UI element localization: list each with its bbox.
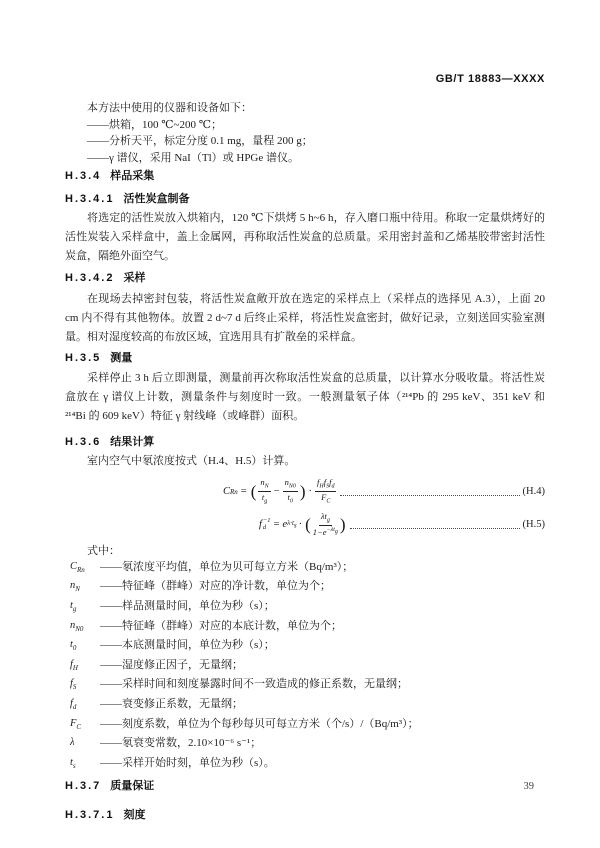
symbol: fS (70, 676, 100, 696)
definition-fh: fH ——湿度修正因子，无量纲； (65, 657, 545, 677)
definition-text: ——采样开始时刻，单位为秒（s）。 (100, 755, 545, 775)
symbol-definitions-list: CRn ——氡浓度平均值，单位为贝可每立方米（Bq/m³）； nN ——特征峰（… (65, 559, 545, 775)
definition-tg: tg ——样品测量时间，单位为秒（s）； (65, 598, 545, 618)
section-number: H.3.6 (65, 436, 101, 448)
definition-fc: FC ——刻度系数，单位为个每秒每贝可每立方米（个/s）/（Bq/m³）； (65, 716, 545, 736)
definition-text: ——样品测量时间，单位为秒（s）； (100, 598, 545, 618)
definition-text: ——特征峰（群峰）对应的本底计数，单位为个； (100, 618, 545, 638)
dotted-leader (340, 494, 519, 496)
definition-fs: fS ——采样时间和刻度暴露时间不一致造成的修正系数，无量纲； (65, 676, 545, 696)
equipment-item-balance: ——分析天平，标定分度 0.1 mg，量程 200 g； (65, 133, 545, 150)
formula-h5-number: (H.5) (523, 519, 545, 530)
symbol: nN0 (70, 618, 100, 638)
section-number: H.3.4.2 (65, 272, 114, 284)
definition-t0: t0 ——本底测量时间，单位为秒（s）； (65, 637, 545, 657)
definition-lambda: λ ——氡衰变常数，2.10×10⁻⁶ s⁻¹； (65, 735, 545, 755)
paragraph-measurement: 采样停止 3 h 后立即测量，测量前再次称取活性炭盒的总质量，以计算水分吸收量。… (65, 369, 545, 426)
section-title: 质量保证 (110, 780, 154, 792)
formula-h5-expression: f−1d=eλ·ts·(λtg1−e−λtg) (259, 512, 347, 538)
symbol: λ (70, 735, 100, 755)
definition-ts: ts ——采样开始时刻，单位为秒（s）。 (65, 755, 545, 775)
section-title: 样品采集 (110, 170, 154, 182)
definition-text: ——衰变修正系数，无量纲； (100, 696, 545, 716)
section-heading-h37: H.3.7质量保证 (65, 779, 545, 794)
section-title: 结果计算 (110, 436, 154, 448)
symbol: t0 (70, 637, 100, 657)
section-heading-h36: H.3.6结果计算 (65, 435, 545, 450)
section-heading-h34: H.3.4样品采集 (65, 169, 545, 184)
symbol: CRn (70, 559, 100, 579)
symbol: tg (70, 598, 100, 618)
equipment-list: ——烘箱，100 ℃~200 ℃； ——分析天平，标定分度 0.1 mg，量程 … (65, 117, 545, 167)
definition-text: ——刻度系数，单位为个每秒每贝可每立方米（个/s）/（Bq/m³）； (100, 716, 545, 736)
formula-h4: CRn=(nNtg−nN0t0)·fHfSfdFC (H.4) (65, 478, 545, 506)
symbol: ts (70, 755, 100, 775)
symbol: fH (70, 657, 100, 677)
standard-number-header: GB/T 18883—XXXX (65, 72, 545, 86)
definition-text: ——氡衰变常数，2.10×10⁻⁶ s⁻¹； (100, 735, 545, 755)
paragraph-calculation-intro: 室内空气中氡浓度按式（H.4、H.5）计算。 (65, 453, 545, 470)
formula-h4-number: (H.4) (523, 486, 545, 497)
definition-fd: fd ——衰变修正系数，无量纲； (65, 696, 545, 716)
paragraph-charcoal-box-prep: 将选定的活性炭放入烘箱内，120 ℃下烘烤 5 h~6 h，存入磨口瓶中待用。称… (65, 209, 545, 266)
document-page: GB/T 18883—XXXX 本方法中使用的仪器和设备如下： ——烘箱，100… (0, 0, 600, 848)
definition-nn0: nN0 ——特征峰（群峰）对应的本底计数，单位为个； (65, 618, 545, 638)
section-heading-h371: H.3.7.1刻度 (65, 808, 545, 823)
section-heading-h341: H.3.4.1活性炭盒制备 (65, 192, 545, 207)
definition-text: ——湿度修正因子，无量纲； (100, 657, 545, 677)
section-title: 测量 (110, 352, 132, 364)
definition-text: ——氡浓度平均值，单位为贝可每立方米（Bq/m³）； (100, 559, 545, 579)
dotted-leader (350, 527, 520, 529)
formula-h5: f−1d=eλ·ts·(λtg1−e−λtg) (H.5) (65, 512, 545, 538)
definition-text: ——特征峰（群峰）对应的净计数，单位为个； (100, 578, 545, 598)
definition-nn: nN ——特征峰（群峰）对应的净计数，单位为个； (65, 578, 545, 598)
section-heading-h35: H.3.5测量 (65, 351, 545, 366)
page-number: 39 (524, 781, 535, 792)
section-title: 刻度 (123, 809, 145, 821)
section-number: H.3.7 (65, 780, 101, 792)
equipment-item-oven: ——烘箱，100 ℃~200 ℃； (65, 117, 545, 134)
symbol: fd (70, 696, 100, 716)
symbol: nN (70, 578, 100, 598)
symbol: FC (70, 716, 100, 736)
equipment-item-spectrometer: ——γ 谱仪，采用 NaI（Tl）或 HPGe 谱仪。 (65, 150, 545, 167)
paragraph-sampling: 在现场去掉密封包装，将活性炭盒敞开放在选定的采样点上（采样点的选择见 A.3），… (65, 290, 545, 347)
section-number: H.3.4.1 (65, 193, 114, 205)
section-number: H.3.4 (65, 170, 101, 182)
section-title: 采样 (123, 272, 145, 284)
section-heading-h342: H.3.4.2采样 (65, 271, 545, 286)
definition-text: ——本底测量时间，单位为秒（s）； (100, 637, 545, 657)
where-label: 式中： (65, 543, 545, 559)
definition-text: ——采样时间和刻度暴露时间不一致造成的修正系数，无量纲； (100, 676, 545, 696)
section-number: H.3.5 (65, 352, 101, 364)
section-title: 活性炭盒制备 (123, 193, 189, 205)
definition-crn: CRn ——氡浓度平均值，单位为贝可每立方米（Bq/m³）； (65, 559, 545, 579)
section-number: H.3.7.1 (65, 809, 114, 821)
formula-h4-expression: CRn=(nNtg−nN0t0)·fHfSfdFC (223, 478, 337, 506)
intro-lead: 本方法中使用的仪器和设备如下： (65, 100, 545, 117)
